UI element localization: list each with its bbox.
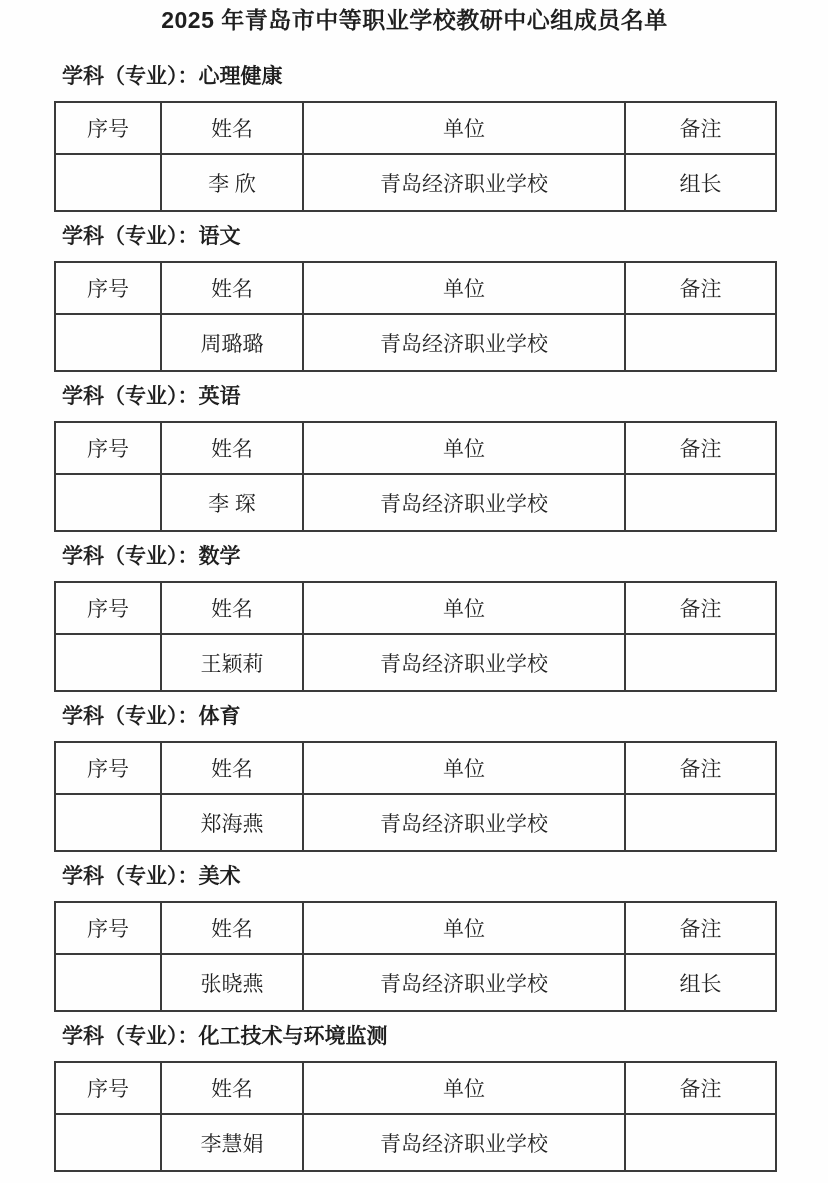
table-row: 郑海燕 青岛经济职业学校 — [55, 794, 776, 851]
col-header-unit: 单位 — [303, 262, 625, 314]
cell-name: 郑海燕 — [161, 794, 303, 851]
table-row: 张晓燕 青岛经济职业学校 组长 — [55, 954, 776, 1011]
table-header-row: 序号 姓名 单位 备注 — [55, 262, 776, 314]
subject-section-label: 学科（专业）：数学 — [62, 544, 775, 569]
cell-note: 组长 — [625, 954, 776, 1011]
col-header-unit: 单位 — [303, 102, 625, 154]
col-header-unit: 单位 — [303, 902, 625, 954]
subject-section-label: 学科（专业）：美术 — [62, 864, 775, 889]
col-header-index: 序号 — [55, 742, 161, 794]
document-page: 2025 年青岛市中等职业学校教研中心组成员名单 学科（专业）：心理健康 序号 … — [0, 0, 828, 1183]
subject-section: 学科（专业）：体育 序号 姓名 单位 备注 郑海燕 青岛经济职业学校 — [54, 704, 775, 852]
cell-index — [55, 314, 161, 371]
table-header-row: 序号 姓名 单位 备注 — [55, 582, 776, 634]
col-header-unit: 单位 — [303, 1062, 625, 1114]
cell-index — [55, 1114, 161, 1171]
table-row: 周璐璐 青岛经济职业学校 — [55, 314, 776, 371]
cell-note — [625, 314, 776, 371]
col-header-name: 姓名 — [161, 422, 303, 474]
cell-name: 张晓燕 — [161, 954, 303, 1011]
col-header-name: 姓名 — [161, 902, 303, 954]
col-header-index: 序号 — [55, 902, 161, 954]
sections-container: 学科（专业）：心理健康 序号 姓名 单位 备注 李 欣 青岛经济职业学校 组长 — [54, 64, 775, 1172]
subject-section: 学科（专业）：语文 序号 姓名 单位 备注 周璐璐 青岛经济职业学校 — [54, 224, 775, 372]
col-header-name: 姓名 — [161, 742, 303, 794]
cell-unit: 青岛经济职业学校 — [303, 1114, 625, 1171]
subject-section: 学科（专业）：化工技术与环境监测 序号 姓名 单位 备注 李慧娟 青岛经济职业学… — [54, 1024, 775, 1172]
cell-unit: 青岛经济职业学校 — [303, 474, 625, 531]
col-header-index: 序号 — [55, 422, 161, 474]
table-row: 李 欣 青岛经济职业学校 组长 — [55, 154, 776, 211]
cell-unit: 青岛经济职业学校 — [303, 154, 625, 211]
cell-index — [55, 954, 161, 1011]
col-header-note: 备注 — [625, 582, 776, 634]
cell-note — [625, 1114, 776, 1171]
subject-section-label: 学科（专业）：英语 — [62, 384, 775, 409]
table-row: 王颖莉 青岛经济职业学校 — [55, 634, 776, 691]
col-header-index: 序号 — [55, 1062, 161, 1114]
col-header-name: 姓名 — [161, 582, 303, 634]
col-header-note: 备注 — [625, 742, 776, 794]
col-header-index: 序号 — [55, 582, 161, 634]
cell-name: 李 琛 — [161, 474, 303, 531]
cell-index — [55, 154, 161, 211]
col-header-note: 备注 — [625, 1062, 776, 1114]
col-header-unit: 单位 — [303, 422, 625, 474]
members-table: 序号 姓名 单位 备注 周璐璐 青岛经济职业学校 — [54, 261, 777, 372]
cell-unit: 青岛经济职业学校 — [303, 314, 625, 371]
subject-section: 学科（专业）：数学 序号 姓名 单位 备注 王颖莉 青岛经济职业学校 — [54, 544, 775, 692]
members-table: 序号 姓名 单位 备注 李慧娟 青岛经济职业学校 — [54, 1061, 777, 1172]
table-header-row: 序号 姓名 单位 备注 — [55, 742, 776, 794]
cell-note — [625, 794, 776, 851]
cell-index — [55, 794, 161, 851]
cell-unit: 青岛经济职业学校 — [303, 634, 625, 691]
members-table: 序号 姓名 单位 备注 李 欣 青岛经济职业学校 组长 — [54, 101, 777, 212]
col-header-index: 序号 — [55, 262, 161, 314]
cell-unit: 青岛经济职业学校 — [303, 794, 625, 851]
subject-section-label: 学科（专业）：体育 — [62, 704, 775, 729]
cell-name: 周璐璐 — [161, 314, 303, 371]
members-table: 序号 姓名 单位 备注 王颖莉 青岛经济职业学校 — [54, 581, 777, 692]
table-header-row: 序号 姓名 单位 备注 — [55, 422, 776, 474]
cell-unit: 青岛经济职业学校 — [303, 954, 625, 1011]
cell-note — [625, 474, 776, 531]
col-header-unit: 单位 — [303, 742, 625, 794]
cell-name: 王颖莉 — [161, 634, 303, 691]
col-header-unit: 单位 — [303, 582, 625, 634]
table-header-row: 序号 姓名 单位 备注 — [55, 1062, 776, 1114]
table-header-row: 序号 姓名 单位 备注 — [55, 102, 776, 154]
members-table: 序号 姓名 单位 备注 郑海燕 青岛经济职业学校 — [54, 741, 777, 852]
subject-section-label: 学科（专业）：化工技术与环境监测 — [62, 1024, 775, 1049]
cell-name: 李慧娟 — [161, 1114, 303, 1171]
col-header-name: 姓名 — [161, 1062, 303, 1114]
table-header-row: 序号 姓名 单位 备注 — [55, 902, 776, 954]
col-header-note: 备注 — [625, 102, 776, 154]
subject-section-label: 学科（专业）：心理健康 — [62, 64, 775, 89]
subject-section: 学科（专业）：心理健康 序号 姓名 单位 备注 李 欣 青岛经济职业学校 组长 — [54, 64, 775, 212]
col-header-note: 备注 — [625, 422, 776, 474]
col-header-note: 备注 — [625, 902, 776, 954]
table-row: 李 琛 青岛经济职业学校 — [55, 474, 776, 531]
cell-index — [55, 634, 161, 691]
col-header-name: 姓名 — [161, 262, 303, 314]
members-table: 序号 姓名 单位 备注 李 琛 青岛经济职业学校 — [54, 421, 777, 532]
cell-index — [55, 474, 161, 531]
cell-note — [625, 634, 776, 691]
cell-name: 李 欣 — [161, 154, 303, 211]
page-title: 2025 年青岛市中等职业学校教研中心组成员名单 — [54, 6, 775, 34]
col-header-name: 姓名 — [161, 102, 303, 154]
col-header-note: 备注 — [625, 262, 776, 314]
subject-section-label: 学科（专业）：语文 — [62, 224, 775, 249]
col-header-index: 序号 — [55, 102, 161, 154]
subject-section: 学科（专业）：英语 序号 姓名 单位 备注 李 琛 青岛经济职业学校 — [54, 384, 775, 532]
subject-section: 学科（专业）：美术 序号 姓名 单位 备注 张晓燕 青岛经济职业学校 组长 — [54, 864, 775, 1012]
cell-note: 组长 — [625, 154, 776, 211]
members-table: 序号 姓名 单位 备注 张晓燕 青岛经济职业学校 组长 — [54, 901, 777, 1012]
table-row: 李慧娟 青岛经济职业学校 — [55, 1114, 776, 1171]
